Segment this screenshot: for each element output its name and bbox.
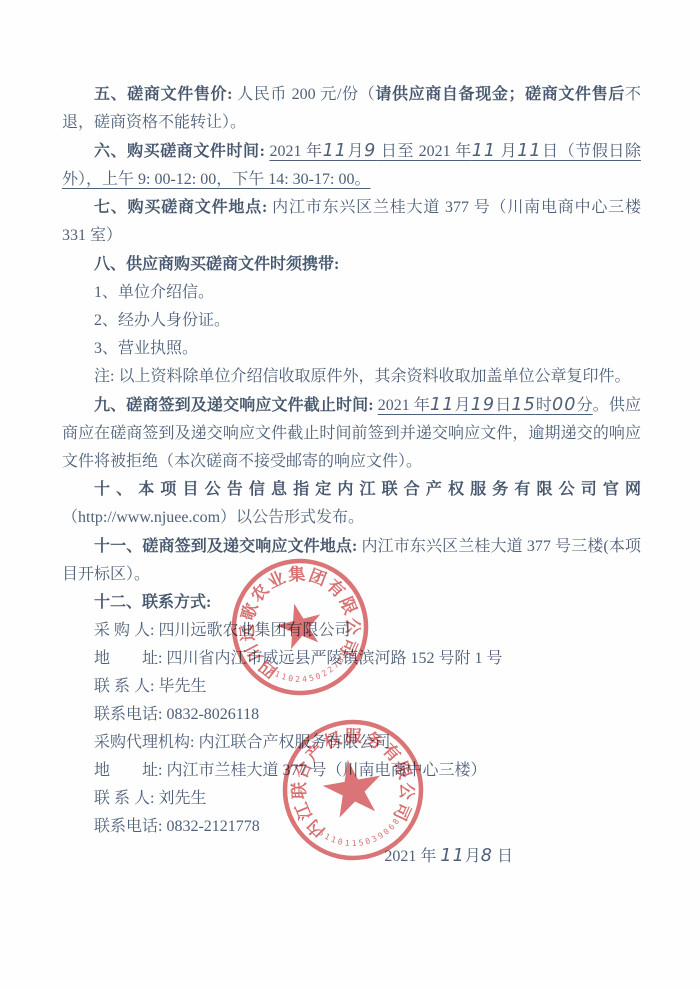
text-run: 日 (495, 397, 511, 414)
text-run: 2021 年 (269, 143, 322, 160)
handwritten-text-run: 11 (323, 141, 347, 161)
paragraph-2: 六、购买磋商文件时间: 2021 年11月9 日至 2021 年11 月11日（… (62, 137, 641, 194)
text-run: 月 (496, 143, 517, 160)
text-run: 人民币 200 元/份（ (232, 86, 375, 103)
text-run: 十、本项目公告信息指定内江联合产权服务有限公司官网 (94, 481, 641, 498)
text-run: 分 (576, 397, 592, 414)
star-icon (319, 755, 386, 820)
handwritten-text-run: 8 (481, 846, 493, 866)
paragraph-1: 五、磋商文件售价: 人民币 200 元/份（请供应商自备现金；磋商文件售后不退，… (62, 81, 641, 137)
text-run: 时 (536, 397, 552, 414)
handwritten-text-run: 11 (440, 846, 464, 866)
handwritten-text-run: 11 (430, 395, 454, 415)
text-run: 七、购买磋商文件地点: (94, 199, 267, 216)
text-run: 联系电话: 0832-2121778 (94, 818, 260, 835)
handwritten-text-run: 15 (511, 395, 535, 415)
paragraph-7: 3、营业执照。 (62, 335, 641, 363)
handwritten-text-run: 11 (517, 141, 541, 161)
star-icon (272, 598, 327, 651)
text-run: 日至 2021 年 (376, 143, 471, 160)
text-run: 八、供应商购买磋商文件时须携带: (94, 256, 339, 273)
handwritten-text-run: 19 (471, 395, 495, 415)
paragraph-10: 十、本项目公告信息指定内江联合产权服务有限公司官网（http://www.nju… (62, 476, 641, 532)
text-run: 联 系 人: 刘先生 (94, 790, 206, 807)
handwritten-text-run: 00 (552, 395, 576, 415)
seal-number: 5110115039068 (316, 814, 406, 855)
text-run: 九、磋商签到及递交响应文件截止时间: (94, 397, 374, 414)
paragraph-8: 注: 以上资料除单位介绍信收取原件外，其余资料收取加盖单位公章复印件。 (62, 363, 641, 391)
text-run: 月 (465, 848, 481, 865)
text-run: 日 (493, 848, 513, 865)
scanned-document-page: 五、磋商文件售价: 人民币 200 元/份（请供应商自备现金；磋商文件售后不退，… (0, 0, 700, 989)
text-run: 1、单位介绍信。 (94, 284, 214, 301)
company-seal-purchaser: 四川远歌农业集团有限公司 5110245022788 (215, 542, 385, 712)
text-run: 2、经办人身份证。 (94, 312, 230, 329)
text-run: （http://www.njuee.com）以公告形式发布。 (62, 509, 364, 526)
text-run: 月 (454, 397, 470, 414)
handwritten-text-run: 11 (472, 141, 496, 161)
text-run: 注: 以上资料除单位介绍信收取原件外，其余资料收取加盖单位公章复印件。 (94, 368, 630, 385)
paragraph-5: 1、单位介绍信。 (62, 279, 641, 307)
text-run: 联 系 人: 毕先生 (94, 678, 206, 695)
handwritten-text-run: 9 (364, 141, 376, 161)
company-seal-agency: 内江联合产权服务有限公司 5110115039068 (263, 700, 443, 880)
seal-number: 5110245022788 (265, 646, 356, 692)
paragraph-6: 2、经办人身份证。 (62, 307, 641, 335)
text-run: 2021 年 (378, 397, 430, 414)
text-run: 五、磋商文件售价: (94, 86, 232, 103)
paragraph-4: 八、供应商购买磋商文件时须携带: (62, 251, 641, 279)
paragraph-3: 七、购买磋商文件地点: 内江市东兴区兰桂大道 377 号（川南电商中心三楼 33… (62, 194, 641, 250)
text-run: 3、营业执照。 (94, 340, 198, 357)
text-run: 月 (347, 143, 364, 160)
text-run: 请供应商自备现金；磋商文件售后 (375, 86, 625, 103)
text-run: 十二、联系方式: (94, 594, 211, 611)
text-run: 六、购买磋商文件时间: (94, 143, 265, 160)
paragraph-9: 九、磋商签到及递交响应文件截止时间: 2021 年11月19日15时00分。供应… (62, 391, 641, 476)
